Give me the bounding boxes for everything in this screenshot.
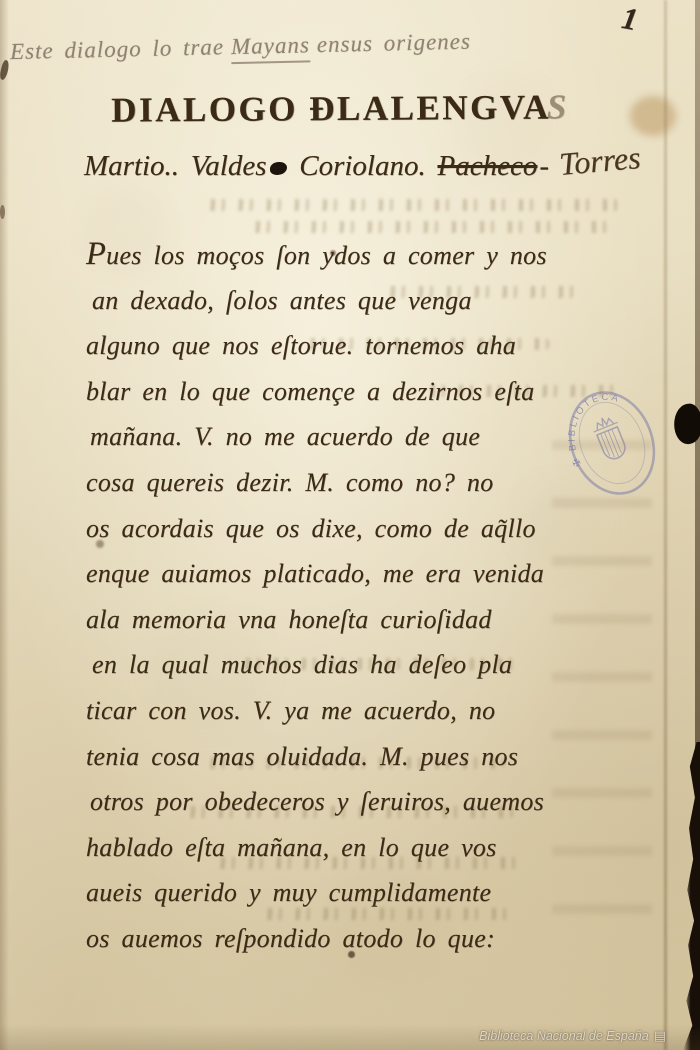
speakers-line: Martio.. Valdes Coriolano. Pacheco- Torr… xyxy=(84,146,642,183)
title-text: DIALOGO ÐLALENGVA xyxy=(111,88,551,130)
manuscript-line: os acordais que os dixe, como de aq̃llo xyxy=(86,506,634,552)
speaker-marcio: Martio.. xyxy=(84,150,179,183)
book-edge-shadow xyxy=(683,742,700,1050)
ink-blot xyxy=(270,162,287,175)
folio-number: 1 xyxy=(619,0,641,38)
stamp-crest xyxy=(590,413,630,463)
manuscript-line: an dexado, ſolos antes que venga xyxy=(86,278,634,324)
annotation-text-after: ensus origenes xyxy=(317,29,472,57)
bne-watermark: Biblioteca Nacional de España▤ xyxy=(479,1028,666,1044)
speaker-valdes: Valdes xyxy=(191,150,267,182)
left-edge-shadow xyxy=(0,0,9,1050)
speaker-pacheco-group: Pacheco- xyxy=(437,150,549,183)
bne-watermark-text: Biblioteca Nacional de España xyxy=(479,1029,649,1043)
manuscript-line: enque auiamos platicado, me era venida xyxy=(86,551,634,597)
bne-logo-icon: ▤ xyxy=(654,1028,666,1043)
bleed-through-mark xyxy=(205,199,620,211)
manuscript-page: Este dialogo lo traeMayansensus origenes… xyxy=(0,0,700,1050)
pencil-annotation: Este dialogo lo traeMayansensus origenes xyxy=(10,27,550,65)
manuscript-line: ala memoria vna honeſta curioſidad xyxy=(86,597,634,643)
manuscript-line: mañana. V. no me acuerdo de que xyxy=(86,414,634,460)
speaker-coriolano: Coriolano. xyxy=(299,150,426,183)
manuscript-line: en la qual muchos dias ha deſeo pla xyxy=(86,642,634,688)
edge-ink-blob xyxy=(671,402,700,446)
manuscript-body: Pues los moços ſon ydos a comer y nos an… xyxy=(86,232,634,962)
speaker-torres: Torres xyxy=(558,139,642,183)
manuscript-line: os auemos reſpondido atodo lo que: xyxy=(86,916,634,962)
manuscript-line: alguno que nos eſtorue. tornemos aha xyxy=(86,323,634,369)
title-flourish: S xyxy=(547,87,569,126)
page-title: DIALOGO ÐLALENGVAS xyxy=(60,87,620,131)
manuscript-line: tenia cosa mas oluidada. M. pues nos xyxy=(86,734,634,780)
speaker-pacheco-struck: Pacheco xyxy=(437,150,537,182)
book-edge-line xyxy=(695,0,700,760)
manuscript-line: aueis querido y muy cumplidamente xyxy=(86,870,634,916)
speaker-valdes-group: Valdes xyxy=(191,150,288,183)
manuscript-line: cosa quereis dezir. M. como no? no xyxy=(86,460,634,506)
manuscript-line: otros por obedeceros y ſeruiros, auemos xyxy=(86,779,634,825)
margin-ink-mark xyxy=(0,205,5,219)
annotation-text-before: Este dialogo lo trae xyxy=(10,34,225,64)
manuscript-line: ticar con vos. V. ya me acuerdo, no xyxy=(86,688,634,734)
manuscript-line: hablado eſta mañana, en lo que vos xyxy=(86,825,634,871)
annotation-underlined-word: Mayans xyxy=(231,32,310,64)
paper-stain xyxy=(630,96,676,136)
manuscript-line: Pues los moços ſon ydos a comer y nos xyxy=(86,232,634,278)
strike-dash: - xyxy=(539,150,549,182)
page-crease-line xyxy=(664,0,667,1050)
